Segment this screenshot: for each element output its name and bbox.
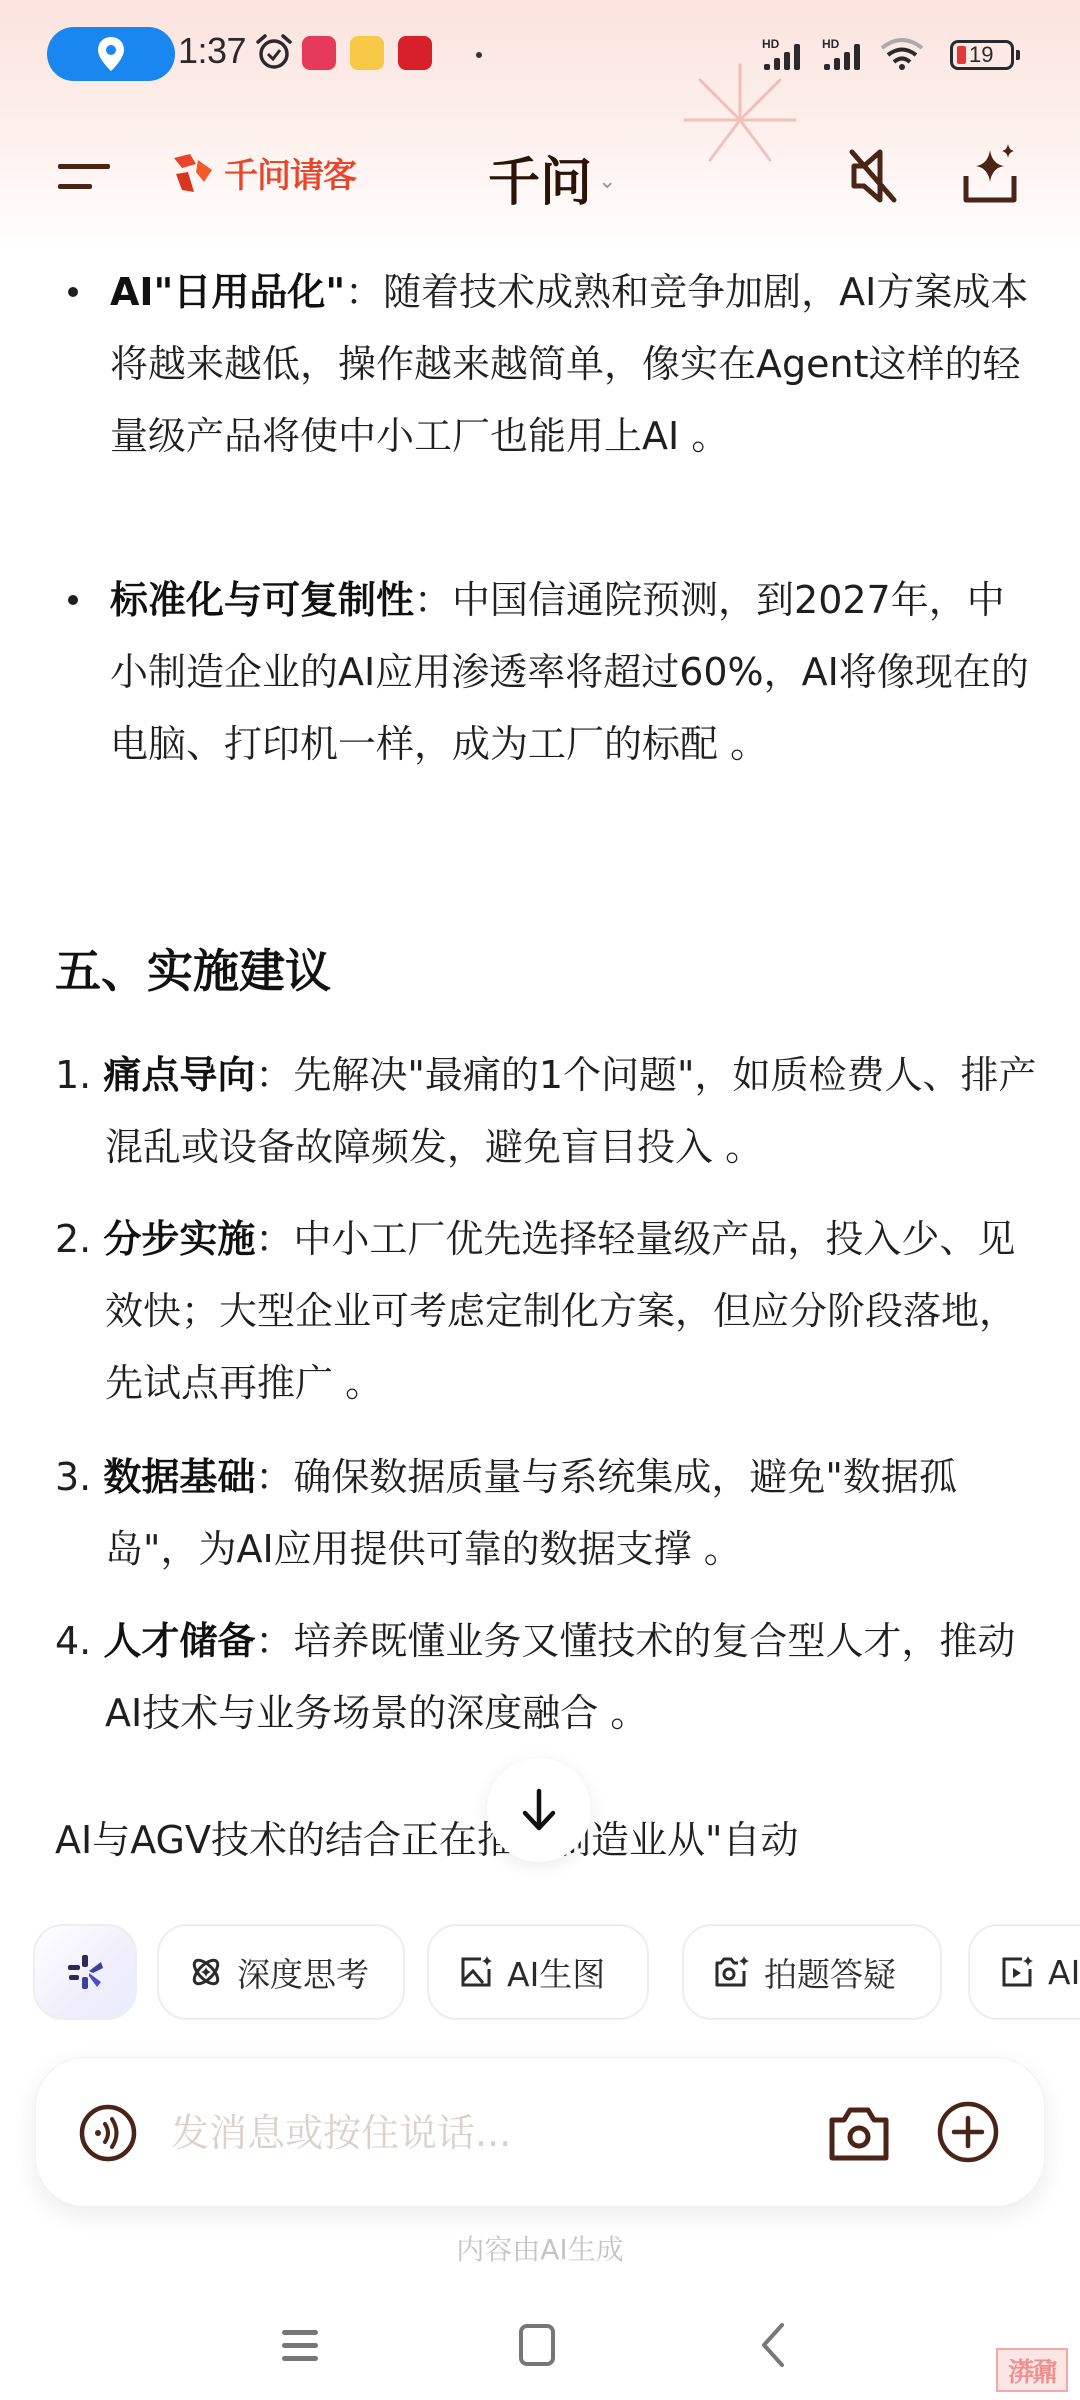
wifi-icon xyxy=(878,36,926,72)
message-composer xyxy=(35,2057,1045,2207)
menu-button[interactable] xyxy=(58,158,114,194)
arrow-down-icon xyxy=(519,1787,559,1833)
voice-wave-icon[interactable] xyxy=(78,2103,138,2163)
brand-promo-logo[interactable]: 千问请客 xyxy=(168,148,356,197)
clock: 1:37 xyxy=(178,30,246,72)
pinduoduo-app-icon xyxy=(398,36,432,70)
menu-icon xyxy=(58,164,110,169)
home-icon xyxy=(517,2323,557,2367)
list-item: AI"日用品化"：随着技术成熟和竞争加剧，AI方案成本将越来越低，操作越来越简单… xyxy=(110,256,1030,472)
list-item: 标准化与可复制性：中国信通院预测，到2027年，中小制造企业的AI应用渗透率将超… xyxy=(110,564,1030,780)
chevron-down-icon: ⌄ xyxy=(598,169,616,194)
svg-text:HD: HD xyxy=(822,37,840,51)
app-header: 千问请客 千问 ⌄ xyxy=(0,130,1080,220)
location-icon xyxy=(97,36,125,72)
agent-button[interactable] xyxy=(33,1924,137,2020)
battery-level xyxy=(957,46,966,64)
more-notifications-dot xyxy=(476,52,482,58)
bullet-dot xyxy=(68,287,78,297)
alarm-icon xyxy=(254,32,294,72)
signal-icon: HD xyxy=(822,36,874,72)
model-selector[interactable]: 千问 ⌄ xyxy=(488,140,616,215)
location-indicator[interactable] xyxy=(47,27,175,81)
item-title: 数据基础 xyxy=(103,1455,255,1499)
chip-ai-video[interactable]: AI xyxy=(968,1924,1080,2020)
camera-icon[interactable] xyxy=(826,2100,892,2166)
svg-text:HD: HD xyxy=(762,37,780,51)
battery-percent: 19 xyxy=(969,42,993,68)
chip-label: 拍题答疑 xyxy=(764,1949,896,1996)
numbered-item: 4. 人才储备：培养既懂业务又懂技术的复合型人才，推动AI技术与业务场景的深度融… xyxy=(55,1605,1045,1749)
quick-actions-bar: 深度思考 AI生图 拍题答疑 AI xyxy=(0,1922,1080,2022)
chip-label: 深度思考 xyxy=(237,1949,369,1996)
message-input[interactable] xyxy=(171,2098,811,2168)
item-number: 3. xyxy=(55,1455,91,1499)
chip-label: AI生图 xyxy=(507,1949,605,1996)
chip-photo-question[interactable]: 拍题答疑 xyxy=(682,1924,942,2020)
scroll-to-bottom-button[interactable] xyxy=(487,1758,591,1862)
recents-button[interactable] xyxy=(265,2310,335,2380)
back-button[interactable] xyxy=(738,2310,808,2380)
status-bar: 1:37 HD HD 19 xyxy=(0,0,1080,110)
agent-asterisk-icon xyxy=(65,1952,105,1992)
video-sparkle-icon xyxy=(1000,1955,1034,1989)
bullet-dot xyxy=(68,595,78,605)
battery-icon: 19 xyxy=(950,40,1014,70)
home-button[interactable] xyxy=(502,2310,572,2380)
new-chat-sparkle-icon[interactable] xyxy=(958,142,1022,208)
watermark-stamp: 漭鼐 xyxy=(996,2348,1068,2392)
ai-disclaimer: 内容由AI生成 xyxy=(0,2228,1080,2268)
back-icon xyxy=(758,2322,788,2368)
brand-text: 千问请客 xyxy=(224,148,356,197)
item-number: 4. xyxy=(55,1619,91,1663)
speaker-muted-icon[interactable] xyxy=(846,146,902,206)
item-number: 1. xyxy=(55,1053,91,1097)
numbered-item: 2. 分步实施：中小工厂优先选择轻量级产品，投入少、见效快；大型企业可考虑定制化… xyxy=(55,1203,1045,1419)
list-item-title: 标准化与可复制性 xyxy=(110,578,414,622)
image-sparkle-icon xyxy=(459,1955,493,1989)
atom-sparkle-icon xyxy=(189,1955,223,1989)
item-title: 痛点导向 xyxy=(103,1053,255,1097)
list-item-title: AI"日用品化" xyxy=(110,270,345,314)
item-number: 2. xyxy=(55,1217,91,1261)
app-title: 千问 xyxy=(488,140,592,215)
kuaishou-app-icon xyxy=(302,36,336,70)
menu-icon-line xyxy=(58,184,92,189)
camera-sparkle-icon xyxy=(714,1955,750,1989)
item-title: 人才储备 xyxy=(103,1619,255,1663)
signal-icon: HD xyxy=(762,36,814,72)
plus-circle-icon[interactable] xyxy=(936,2100,1000,2164)
item-title: 分步实施 xyxy=(103,1217,255,1261)
numbered-item: 3. 数据基础：确保数据质量与系统集成，避免"数据孤岛"，为AI应用提供可靠的数… xyxy=(55,1441,1045,1585)
weibo-app-icon xyxy=(350,36,384,70)
recents-icon xyxy=(280,2325,320,2365)
numbered-item: 1. 痛点导向：先解决"最痛的1个问题"，如质检费人、排产混乱或设备故障频发，避… xyxy=(55,1039,1045,1183)
chip-deep-thinking[interactable]: 深度思考 xyxy=(157,1924,405,2020)
chip-ai-image[interactable]: AI生图 xyxy=(427,1924,649,2020)
chip-label: AI xyxy=(1048,1953,1080,1992)
section-heading: 五、实施建议 xyxy=(55,935,331,1001)
qianwen-logo-icon xyxy=(168,150,216,196)
